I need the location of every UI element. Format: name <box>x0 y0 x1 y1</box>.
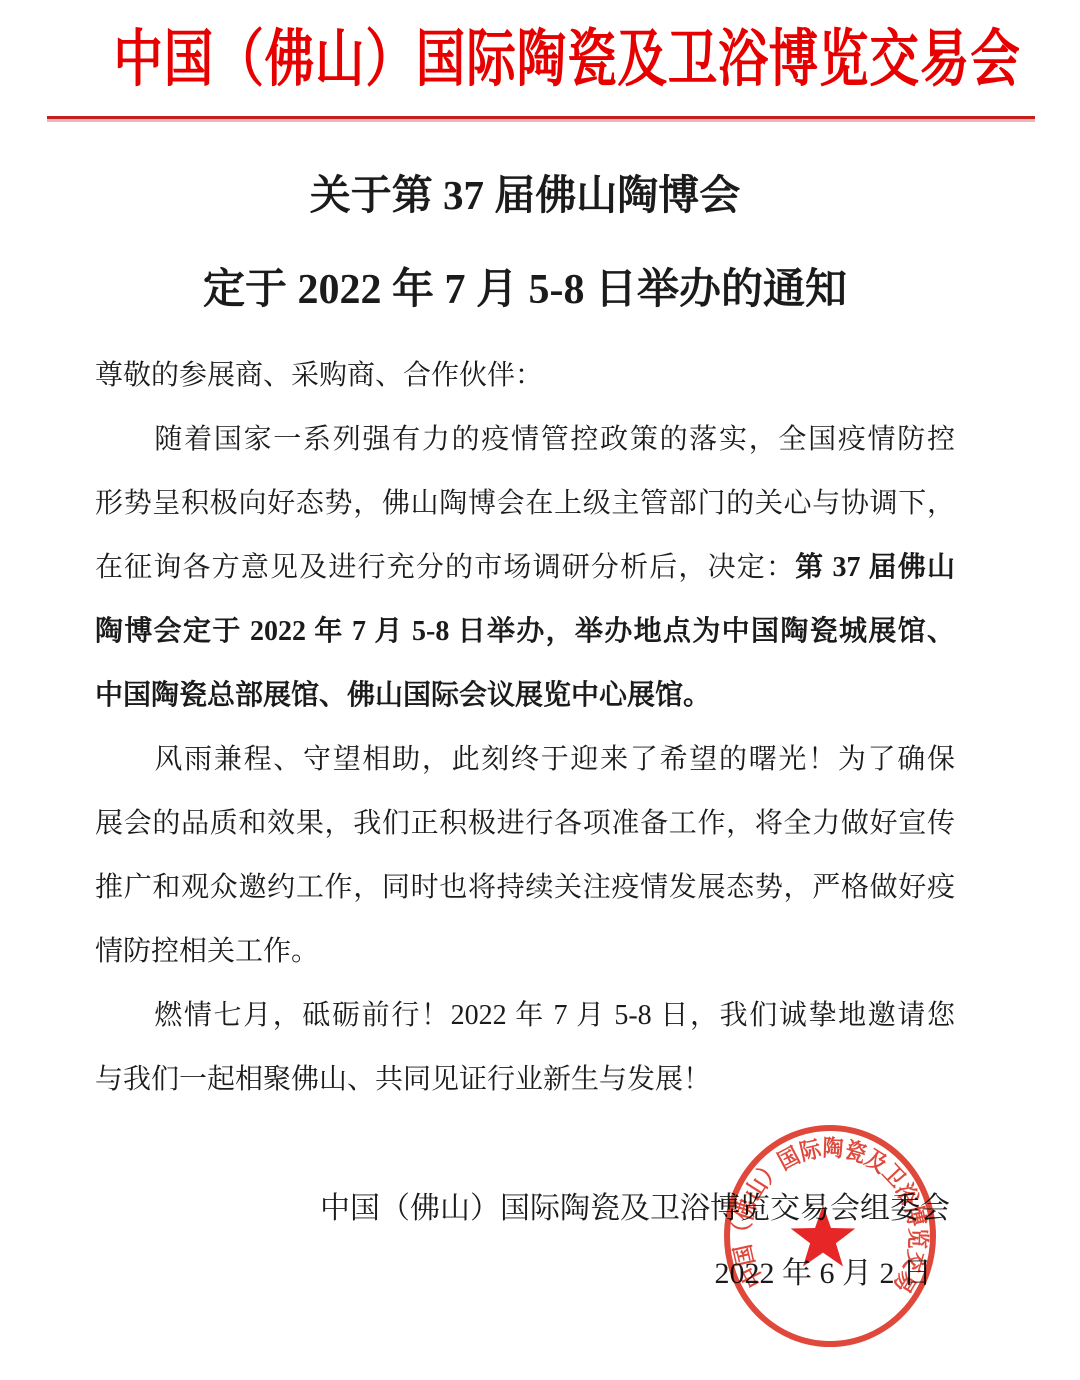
body-line-segment: 随着国家一系列强有力的疫情管控政策的落实，全国疫情防控 <box>95 424 955 455</box>
signature-org: 中国（佛山）国际陶瓷及卫浴博览交易会组委会 <box>95 1176 950 1241</box>
letterhead-divider <box>47 116 1035 119</box>
body-line: 陶博会定于 2022 年 7 月 5-8 日举办，举办地点为中国陶瓷城展馆、 <box>95 600 955 664</box>
letterhead: 中国（佛山）国际陶瓷及卫浴博览交易会 <box>0 22 1080 98</box>
body-line-segment: 与我们一起相聚佛山、共同见证行业新生与发展！ <box>95 1064 711 1095</box>
body-line: 风雨兼程、守望相助，此刻终于迎来了希望的曙光！为了确保 <box>95 728 955 792</box>
body-line: 与我们一起相聚佛山、共同见证行业新生与发展！ <box>95 1048 955 1112</box>
body-line: 推广和观众邀约工作，同时也将持续关注疫情发展态势，严格做好疫 <box>95 856 955 920</box>
notice-title-line1: 关于第 37 届佛山陶博会 <box>95 162 955 221</box>
body-line-segment: 尊敬的参展商、采购商、合作伙伴： <box>95 360 543 391</box>
body-line-segment: 在征询各方意见及进行充分的市场调研分析后，决定： <box>95 552 795 583</box>
body-line-segment: 情防控相关工作。 <box>95 936 319 967</box>
signature-block: 中国（佛山）国际陶瓷及卫浴博览交易会组委会 2022 年 6 月 2 日 <box>95 1176 950 1306</box>
body-line-segment: 第 37 届佛山 <box>795 552 955 583</box>
body-text: 尊敬的参展商、采购商、合作伙伴： 随着国家一系列强有力的疫情管控政策的落实，全国… <box>95 344 955 1112</box>
document-page: 中国（佛山）国际陶瓷及卫浴博览交易会 关于第 37 届佛山陶博会 定于 2022… <box>0 0 1080 1380</box>
body-line-segment: 中国陶瓷总部展馆、佛山国际会议展览中心展馆。 <box>95 680 711 711</box>
body-line: 燃情七月，砥砺前行！2022 年 7 月 5-8 日，我们诚挚地邀请您 <box>95 984 955 1048</box>
body-line-segment: 形势呈积极向好态势，佛山陶博会在上级主管部门的关心与协调下， <box>95 488 955 519</box>
body-line: 形势呈积极向好态势，佛山陶博会在上级主管部门的关心与协调下， <box>95 472 955 536</box>
body-line-segment: 陶博会定于 2022 年 7 月 5-8 日举办，举办地点为中国陶瓷城展馆、 <box>95 616 955 647</box>
body-line: 在征询各方意见及进行充分的市场调研分析后，决定：第 37 届佛山 <box>95 536 955 600</box>
body-line-segment: 风雨兼程、守望相助，此刻终于迎来了希望的曙光！为了确保 <box>95 744 955 775</box>
notice-title-line2: 定于 2022 年 7 月 5-8 日举办的通知 <box>95 256 955 316</box>
body-line: 随着国家一系列强有力的疫情管控政策的落实，全国疫情防控 <box>95 408 955 472</box>
body-line: 展会的品质和效果，我们正积极进行各项准备工作，将全力做好宣传 <box>95 792 955 856</box>
body-line: 尊敬的参展商、采购商、合作伙伴： <box>95 344 955 408</box>
body-line: 情防控相关工作。 <box>95 920 955 984</box>
body-line-segment: 推广和观众邀约工作，同时也将持续关注疫情发展态势，严格做好疫 <box>95 872 955 903</box>
signature-date: 2022 年 6 月 2 日 <box>95 1241 950 1306</box>
body-line-segment: 展会的品质和效果，我们正积极进行各项准备工作，将全力做好宣传 <box>95 808 955 839</box>
body-line-segment: 燃情七月，砥砺前行！2022 年 7 月 5-8 日，我们诚挚地邀请您 <box>95 1000 955 1031</box>
letterhead-title: 中国（佛山）国际陶瓷及卫浴博览交易会 <box>113 22 1020 98</box>
body-line: 中国陶瓷总部展馆、佛山国际会议展览中心展馆。 <box>95 664 955 728</box>
